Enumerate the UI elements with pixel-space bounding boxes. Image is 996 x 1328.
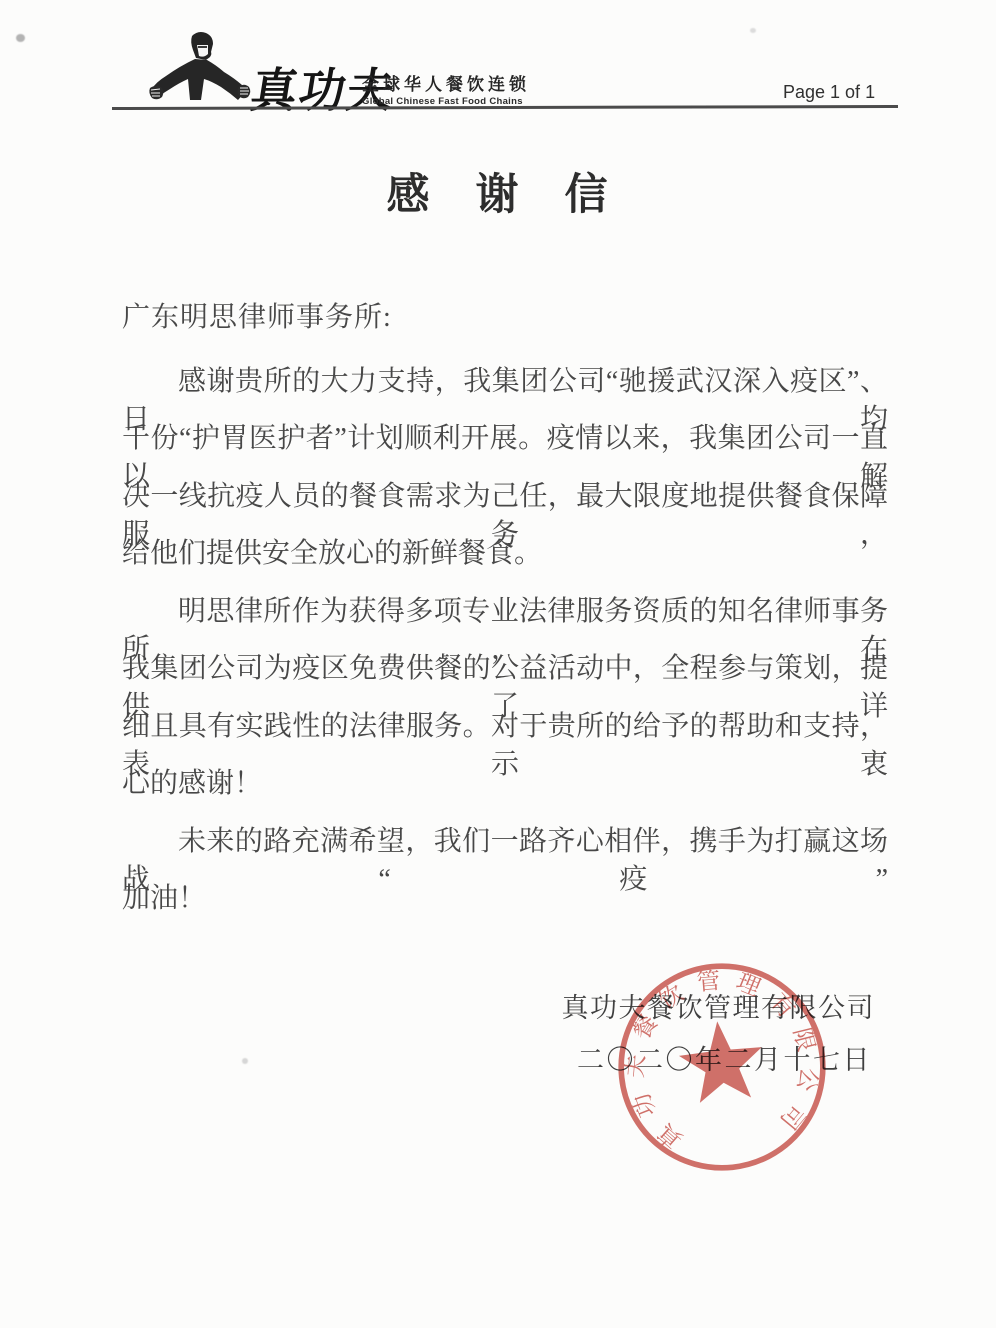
- scan-speck: [750, 28, 756, 33]
- martial-artist-logo-icon: [148, 30, 252, 114]
- letter-title: 感 谢 信: [0, 161, 996, 222]
- brand-tagline: 全球华人餐饮连锁 Global Chinese Fast Food Chains: [362, 70, 582, 107]
- letter-line: 加油！: [122, 880, 888, 918]
- header-divider: [112, 105, 898, 110]
- tagline-chinese: 全球华人餐饮连锁: [362, 70, 582, 95]
- scan-speck: [16, 34, 25, 42]
- seal-star-icon: [676, 1017, 767, 1105]
- letter-salutation: 广东明思律师事务所:: [122, 295, 392, 335]
- scanned-letter-page: 真功夫 全球华人餐饮连锁 Global Chinese Fast Food Ch…: [0, 0, 996, 1328]
- letter-line: 给他们提供安全放心的新鲜餐食。: [122, 535, 888, 573]
- letter-line: 心的感谢！: [122, 765, 888, 803]
- company-seal-stamp: 真功夫餐饮管理有限公司: [601, 946, 843, 1188]
- page-indicator: Page 1 of 1: [783, 82, 875, 103]
- scan-speck: [242, 1058, 248, 1064]
